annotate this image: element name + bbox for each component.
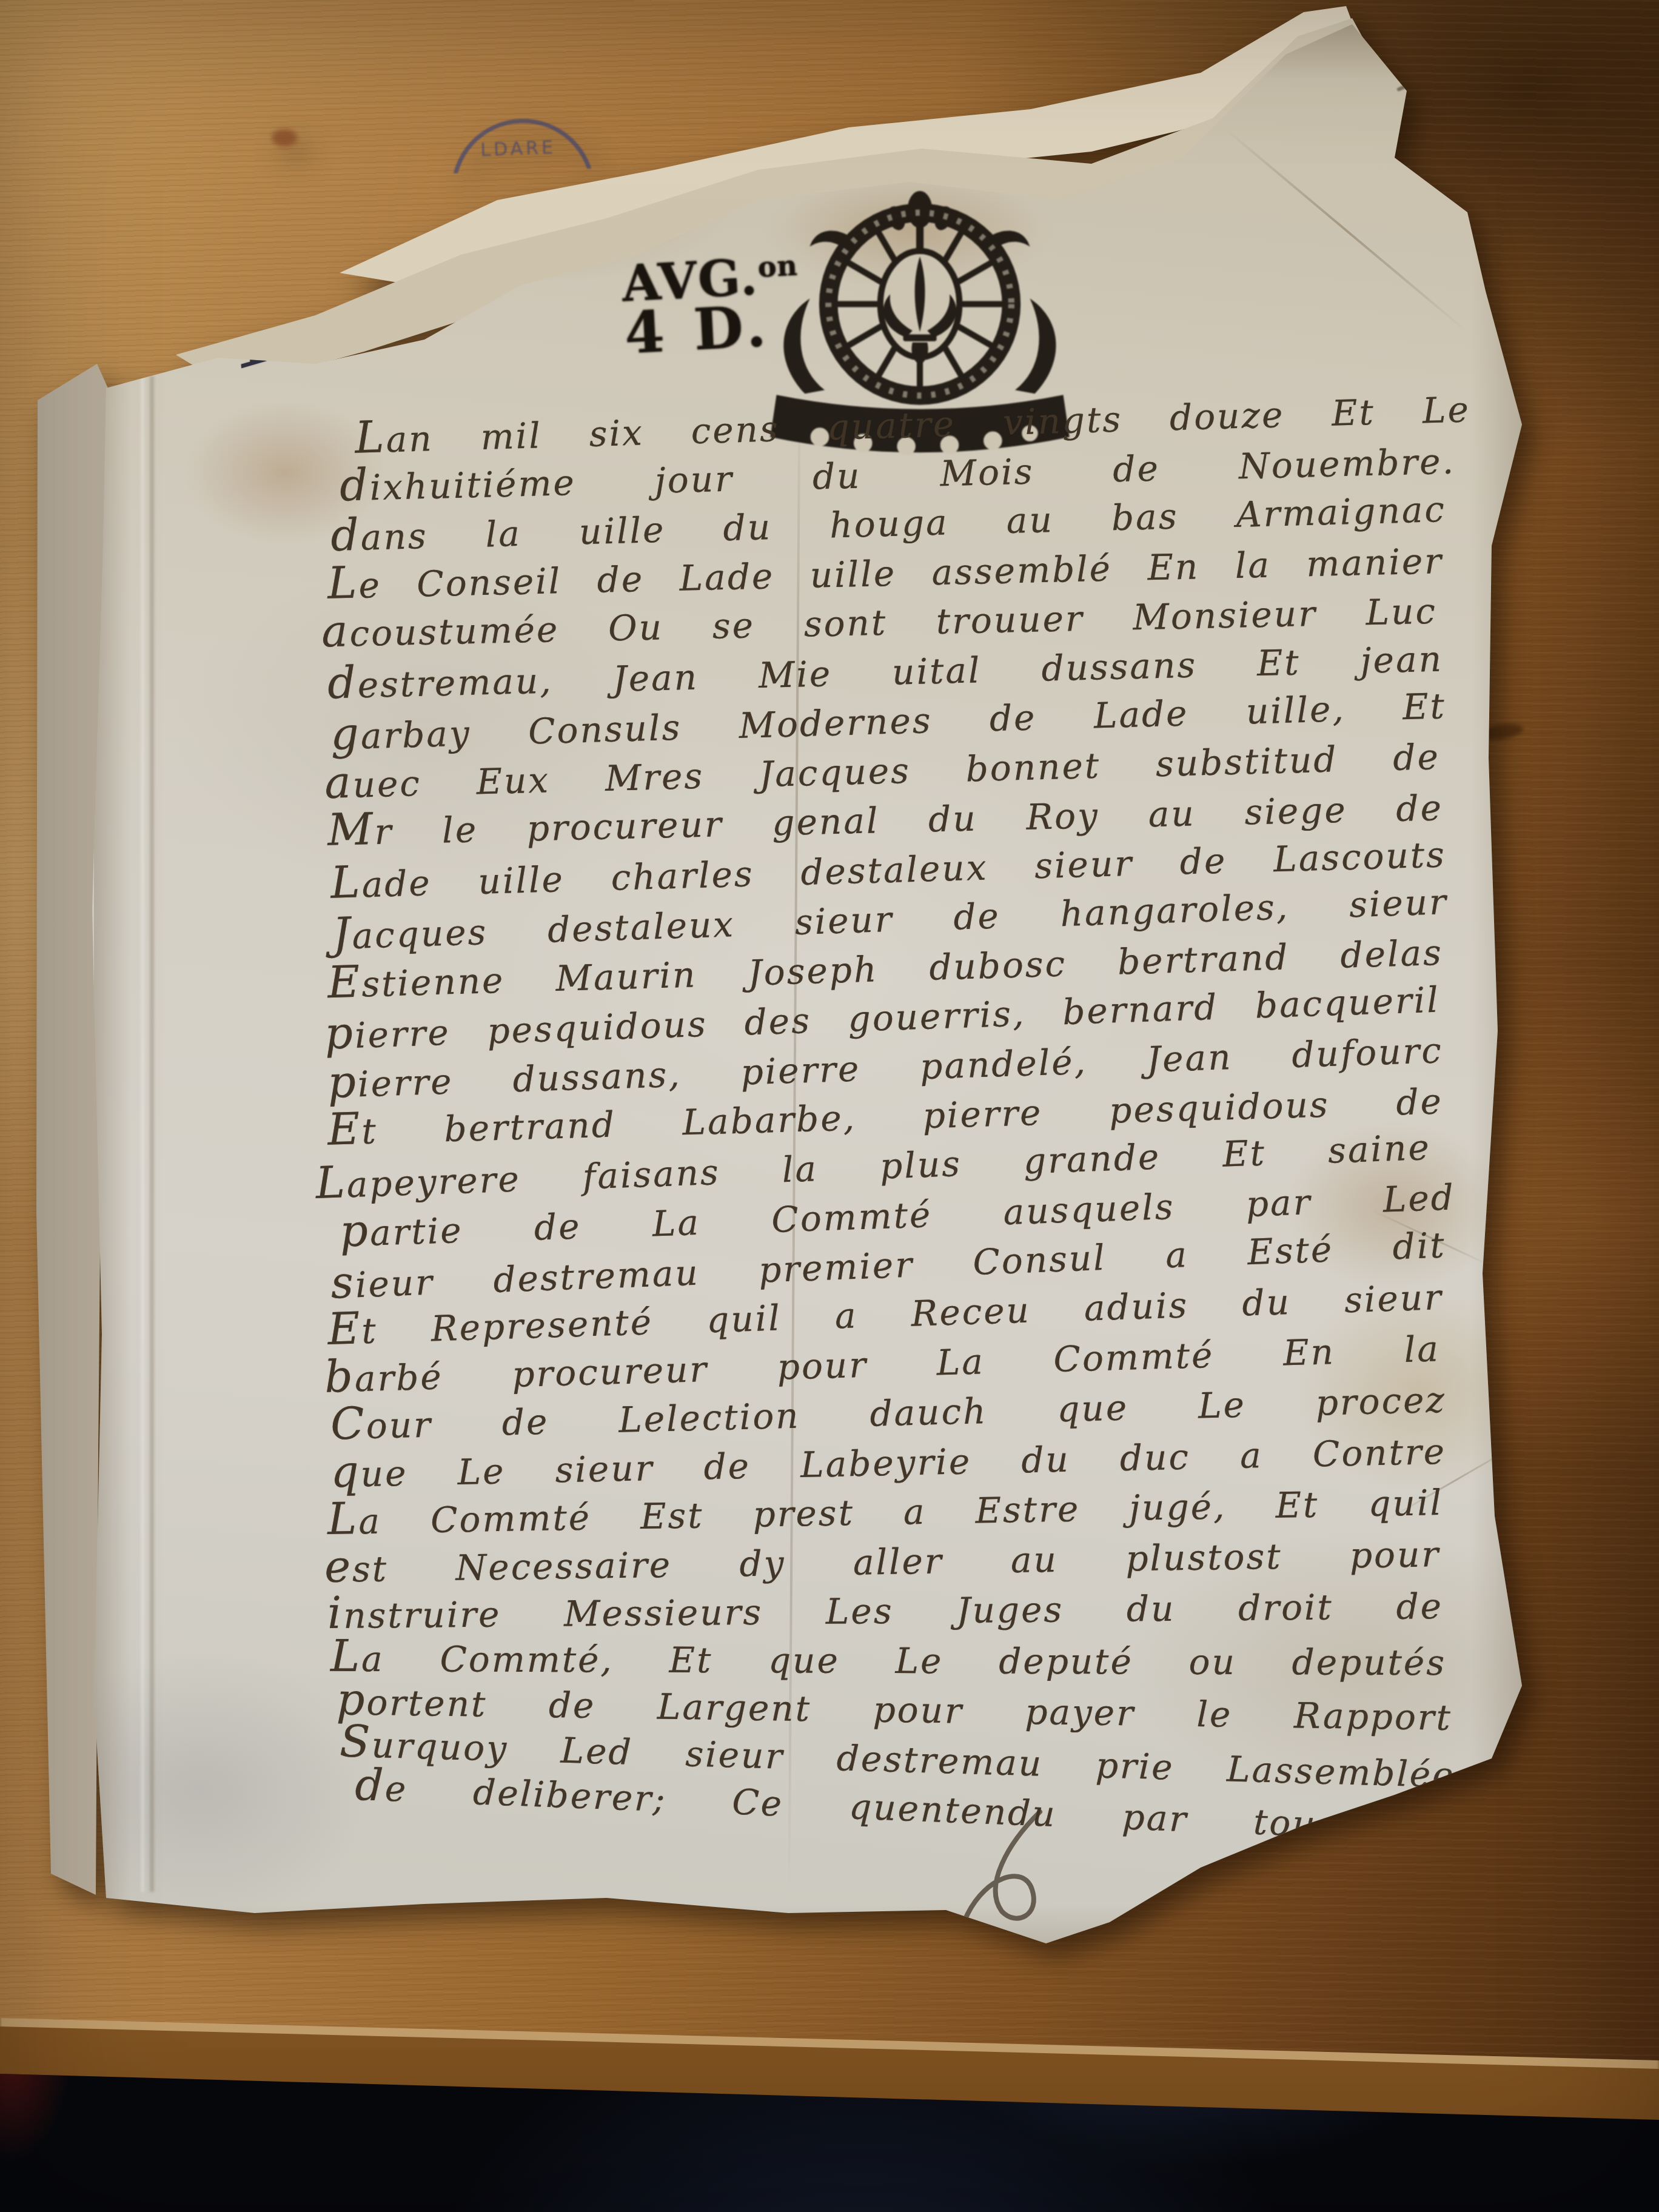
archive-oval-stamp: LDARE: [449, 113, 594, 173]
stray-ink-dash: [1396, 65, 1451, 92]
manuscript-page: AVG.on 4 D.: [0, 0, 1659, 2212]
paper-stack: LDARE AVG.on 4 D.: [0, 0, 1659, 2212]
rust-stain-on-edge: [272, 129, 297, 146]
signature-flourish-icon: [916, 1801, 1098, 1940]
archive-stamp-letters: LDARE: [480, 137, 557, 161]
photo-of-1692-manuscript: LDARE AVG.on 4 D.: [0, 0, 1659, 2212]
stray-ink-marks: [776, 16, 982, 82]
